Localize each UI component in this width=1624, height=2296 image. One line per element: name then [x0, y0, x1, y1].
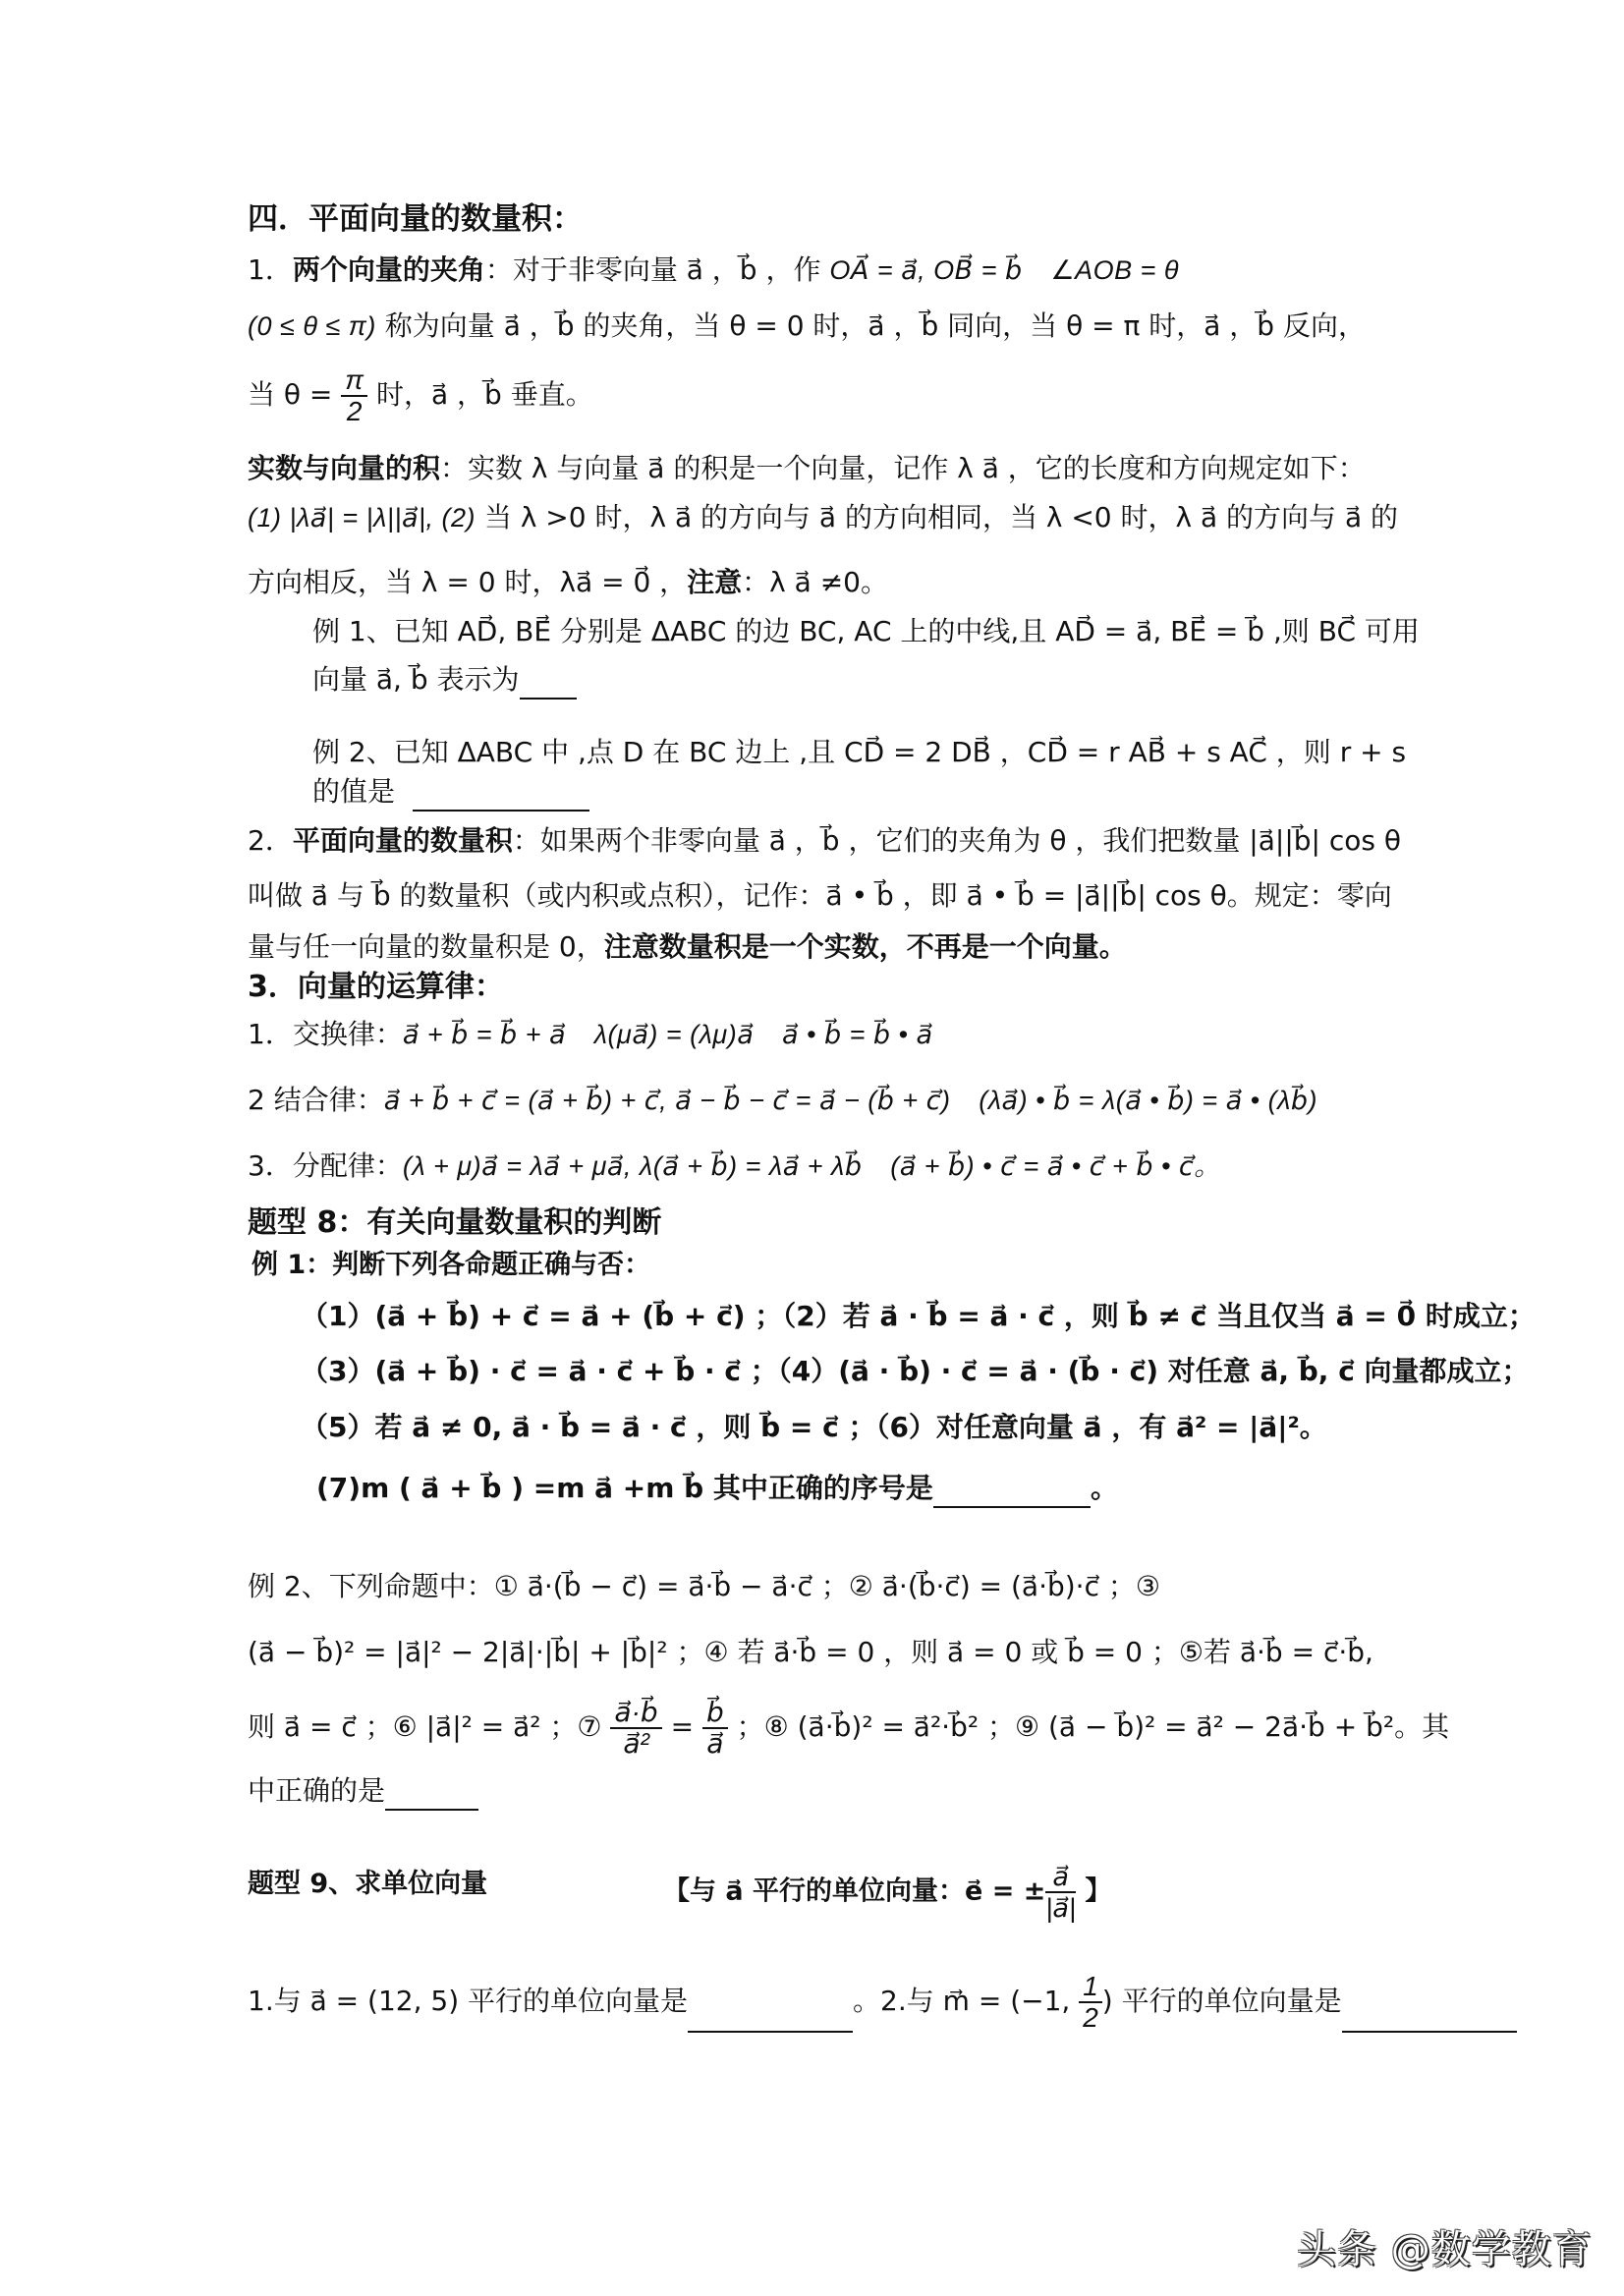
- example2-line1: 例 2、已知 ΔABC 中 ,点 D 在 BC 边上 ,且 CD⃗ = 2 DB…: [312, 733, 1406, 772]
- example2b-line4: 中正确的是: [248, 1771, 478, 1811]
- example2-line2: 的值是: [312, 772, 589, 812]
- scalar-mult-math: (1) |λa⃗| = |λ||a⃗|, (2): [248, 503, 476, 532]
- type9-hint-text: 【与 a⃗ 平行的单位向量：e⃗ = ±: [663, 1876, 1045, 1907]
- type8-item-3-4: （3）(a⃗ + b⃗) · c⃗ = a⃗ · c⃗ + b⃗ · c⃗ ；（…: [301, 1352, 1530, 1391]
- unit-vector-fraction: a⃗|a⃗|: [1045, 1862, 1076, 1923]
- question-1: 1.与 a⃗ = (12, 5) 平行的单位向量是: [248, 1985, 688, 2017]
- distributive-label: 3．分配律：: [248, 1149, 403, 1182]
- type8-item-7: (7)m ( a⃗ + b⃗ ) =m a⃗ +m b⃗ 其中正确的序号是。: [316, 1469, 1118, 1508]
- type9-questions: 1.与 a⃗ = (12, 5) 平行的单位向量是。2.与 m⃗ = (−1, …: [248, 1972, 1517, 2033]
- watermark: 头条 @数学教育: [1297, 2218, 1593, 2274]
- scalar-mult-title: 实数与向量的积: [248, 452, 440, 484]
- angle-text-1: ：对于非零向量 a⃗ ，b⃗ ，作: [485, 253, 830, 286]
- fraction-denominator: |a⃗|: [1045, 1893, 1076, 1923]
- angle-label: 1．: [248, 253, 293, 286]
- fraction-denominator: a⃗²: [610, 1729, 661, 1759]
- angle-title: 两个向量的夹角: [293, 253, 485, 286]
- scalar-mult-line3: 方向相反，当 λ = 0 时，λa⃗ = 0⃗ ，注意：λ a⃗ ≠0。: [248, 563, 888, 602]
- example1-prompt: 向量 a⃗, b⃗ 表示为: [312, 663, 520, 696]
- period: 。: [1091, 1472, 1118, 1504]
- answer-blank[interactable]: [413, 780, 589, 812]
- dot-product-line2: 叫做 a⃗ 与 b⃗ 的数量积（或内积或点积），记作：a⃗ • b⃗ ，即 a⃗…: [248, 876, 1392, 916]
- answer-blank[interactable]: [1342, 2001, 1517, 2033]
- type8-example-title: 例 1：判断下列各命题正确与否：: [252, 1246, 650, 1285]
- example2b-line2: (a⃗ − b⃗)² = |a⃗|² − 2|a⃗|·|b⃗| + |b⃗|² …: [248, 1633, 1373, 1672]
- type8-title: 题型 8：有关向量数量积的判断: [248, 1204, 661, 1243]
- scalar-mult-line1: 实数与向量的积：实数 λ 与向量 a⃗ 的积是一个向量，记作 λ a⃗ ，它的长…: [248, 449, 1366, 488]
- fraction-b-over-a: b⃗a⃗: [702, 1698, 728, 1759]
- dot-product-line1: 2．平面向量的数量积：如果两个非零向量 a⃗ ，b⃗ ，它们的夹角为 θ ，我们…: [248, 821, 1401, 861]
- distributive-law: 3．分配律：(λ + μ)a⃗ = λa⃗ + μa⃗, λ(a⃗ + b⃗) …: [248, 1147, 1221, 1186]
- note-label: 注意: [687, 566, 742, 598]
- fraction-numerator: a⃗: [1045, 1862, 1076, 1893]
- question-2-post: ) 平行的单位向量是: [1102, 1985, 1342, 2017]
- angle-text-3-post: 时，a⃗ ，b⃗ 垂直。: [367, 378, 593, 411]
- type9-hint: 【与 a⃗ 平行的单位向量：e⃗ = ±a⃗|a⃗| 】: [663, 1862, 1111, 1923]
- answer-blank[interactable]: [933, 1477, 1091, 1508]
- scalar-mult-text-1: ：实数 λ 与向量 a⃗ 的积是一个向量，记作 λ a⃗ ，它的长度和方向规定如…: [440, 452, 1366, 484]
- associative-formula: a⃗ + b⃗ + c⃗ = (a⃗ + b⃗) + c⃗, a⃗ − b⃗ −…: [384, 1086, 1346, 1115]
- one-half-fraction: 12: [1079, 1972, 1102, 2033]
- angle-definition-line1: 1．两个向量的夹角：对于非零向量 a⃗ ，b⃗ ，作 OA⃗ = a⃗, OB⃗…: [248, 251, 1179, 290]
- equals: =: [662, 1710, 702, 1743]
- dot-product-text-1: ：如果两个非零向量 a⃗ ，b⃗ ，它们的夹角为 θ ，我们把数量 |a⃗||b…: [513, 824, 1401, 857]
- type8-item-7-text: (7)m ( a⃗ + b⃗ ) =m a⃗ +m b⃗ 其中正确的序号是: [316, 1472, 933, 1504]
- example1-line1: 例 1、已知 AD⃗, BE⃗ 分别是 ΔABC 的边 BC, AC 上的中线,…: [312, 612, 1420, 651]
- fraction-denominator: 2: [1079, 2003, 1102, 2033]
- example2b-line1: 例 2、下列命题中：① a⃗·(b⃗ − c⃗) = a⃗·b⃗ − a⃗·c⃗…: [248, 1567, 1160, 1606]
- fraction-a-dot-b-over-a-squared: a⃗·b⃗a⃗²: [610, 1698, 661, 1759]
- fraction-numerator: a⃗·b⃗: [610, 1698, 661, 1729]
- type8-item-1-2: （1）(a⃗ + b⃗) + c⃗ = a⃗ + (b⃗ + c⃗) ；（2）若…: [301, 1297, 1536, 1336]
- type8-item-5-6: （5）若 a⃗ ≠ 0, a⃗ · b⃗ = a⃗ · c⃗ ，则 b⃗ = c…: [301, 1408, 1327, 1447]
- laws-title: 3．向量的运算律：: [248, 968, 504, 1007]
- example1-line2: 向量 a⃗, b⃗ 表示为: [312, 660, 577, 700]
- angle-definition-line2: (0 ≤ θ ≤ π) 称为向量 a⃗ ，b⃗ 的夹角，当 θ = 0 时，a⃗…: [248, 307, 1366, 346]
- answer-blank[interactable]: [520, 668, 577, 700]
- pi-over-2-fraction: π2: [341, 365, 367, 426]
- example2b-line3: 则 a⃗ = c⃗ ；⑥ |a⃗|² = a⃗² ；⑦ a⃗·b⃗a⃗² = b…: [248, 1698, 1449, 1759]
- associative-law: 2 结合律：a⃗ + b⃗ + c⃗ = (a⃗ + b⃗) + c⃗, a⃗ …: [248, 1081, 1346, 1120]
- example2b-prompt: 中正确的是: [248, 1774, 385, 1807]
- dot-product-text-3: 量与任一向量的数量积是 0，: [248, 930, 604, 963]
- example2-prompt: 的值是: [312, 775, 395, 808]
- dot-product-title: 平面向量的数量积: [293, 824, 513, 857]
- answer-blank[interactable]: [385, 1779, 478, 1811]
- commutative-label: 1．交换律：: [248, 1018, 403, 1050]
- question-2-pre: 2.与 m⃗ = (−1,: [880, 1985, 1079, 2017]
- fraction-denominator: a⃗: [702, 1729, 728, 1759]
- period: 。: [853, 1985, 880, 2017]
- fraction-numerator: π: [341, 365, 367, 397]
- fraction-numerator: 1: [1079, 1972, 1102, 2003]
- dot-product-label: 2．: [248, 824, 293, 857]
- scalar-mult-text-2: 当 λ >0 时，λ a⃗ 的方向与 a⃗ 的方向相同，当 λ <0 时，λ a…: [476, 501, 1398, 533]
- distributive-formula: (λ + μ)a⃗ = λa⃗ + μa⃗, λ(a⃗ + b⃗) = λa⃗ …: [403, 1151, 1221, 1181]
- angle-definition-line3: 当 θ = π2 时，a⃗ ，b⃗ 垂直。: [248, 365, 593, 426]
- scalar-mult-line2: (1) |λa⃗| = |λ||a⃗|, (2) 当 λ >0 时，λ a⃗ 的…: [248, 498, 1398, 537]
- dot-product-line3: 量与任一向量的数量积是 0，注意数量积是一个实数，不再是一个向量。: [248, 927, 1127, 967]
- scalar-mult-text-3-end: ：λ a⃗ ≠0。: [742, 566, 888, 598]
- section-title: 四．平面向量的数量积：: [248, 199, 583, 239]
- scalar-mult-text-3: 方向相反，当 λ = 0 时，λa⃗ = 0⃗ ，: [248, 566, 687, 598]
- angle-math-1: OA⃗ = a⃗, OB⃗ = b⃗ ，∠AOB = θ: [829, 255, 1179, 285]
- bracket-close: 】: [1076, 1876, 1111, 1907]
- commutative-law: 1．交换律：a⃗ + b⃗ = b⃗ + a⃗ ，λ(μa⃗) = (λμ)a⃗…: [248, 1015, 961, 1054]
- angle-range: (0 ≤ θ ≤ π): [248, 311, 376, 341]
- angle-text-2: 称为向量 a⃗ ，b⃗ 的夹角，当 θ = 0 时，a⃗ ，b⃗ 同向，当 θ …: [376, 309, 1366, 342]
- type9-title: 题型 9、求单位向量: [248, 1865, 487, 1904]
- angle-text-3-pre: 当 θ =: [248, 378, 341, 411]
- fraction-numerator: b⃗: [702, 1698, 728, 1729]
- dot-product-note: 注意数量积是一个实数，不再是一个向量。: [604, 930, 1127, 963]
- fraction-denominator: 2: [341, 397, 367, 426]
- example2b-text-3-post: ；⑧ (a⃗·b⃗)² = a⃗²·b⃗² ；⑨ (a⃗ − b⃗)² = a⃗…: [728, 1710, 1449, 1743]
- answer-blank[interactable]: [688, 2001, 853, 2033]
- example2b-text-3-pre: 则 a⃗ = c⃗ ；⑥ |a⃗|² = a⃗² ；⑦: [248, 1710, 610, 1743]
- associative-label: 2 结合律：: [248, 1084, 384, 1116]
- commutative-formula: a⃗ + b⃗ = b⃗ + a⃗ ，λ(μa⃗) = (λμ)a⃗ ，a⃗ •…: [403, 1020, 961, 1049]
